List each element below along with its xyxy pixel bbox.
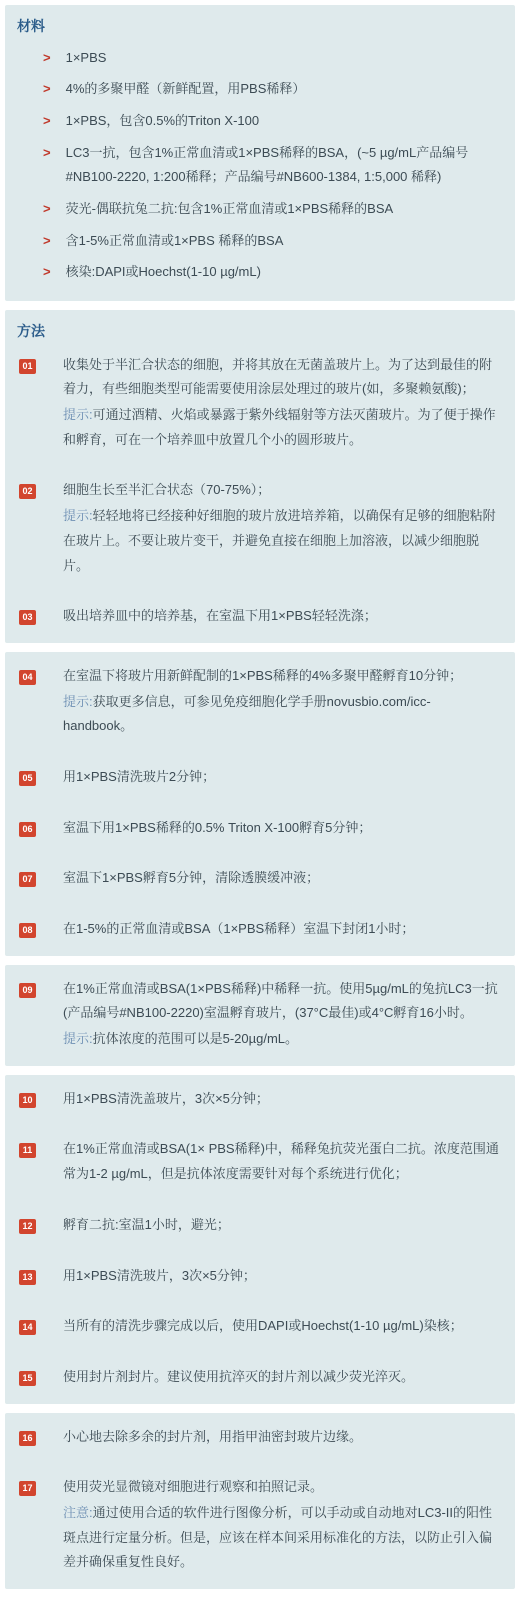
step-number-badge: 03 (19, 610, 36, 625)
chevron-right-icon: > (43, 141, 51, 166)
method-step-01: 01 收集处于半汇合状态的细胞，并将其放在无菌盖玻片上。为了达到最佳的附着力，有… (17, 353, 501, 453)
method-step-02: 02 细胞生长至半汇合状态（70-75%）； 提示:轻轻地将已经接种好细胞的玻片… (17, 478, 501, 578)
material-text: 荧光-偶联抗兔二抗:包含1%正常血清或1×PBS稀释的BSA (66, 197, 501, 222)
material-text: 核染:DAPI或Hoechst(1-10 µg/mL) (66, 260, 501, 285)
step-text: 使用荧光显微镜对细胞进行观察和拍照记录。 (63, 1475, 501, 1500)
list-item: > 核染:DAPI或Hoechst(1-10 µg/mL) (17, 260, 501, 285)
step-number-badge: 06 (19, 822, 36, 837)
list-item: > LC3一抗，包含1%正常血清或1×PBS稀释的BSA，(~5 µg/mL产品… (17, 141, 501, 190)
step-text: 用1×PBS清洗盖玻片，3次×5分钟； (63, 1087, 501, 1112)
methods-section-continued: 16 小心地去除多余的封片剂，用指甲油密封玻片边缘。 17 使用荧光显微镜对细胞… (5, 1413, 515, 1589)
step-text: 收集处于半汇合状态的细胞，并将其放在无菌盖玻片上。为了达到最佳的附着力，有些细胞… (63, 353, 501, 402)
method-step-16: 16 小心地去除多余的封片剂，用指甲油密封玻片边缘。 (17, 1425, 501, 1450)
step-text: 在1%正常血清或BSA(1× PBS稀释)中，稀释兔抗荧光蛋白二抗。浓度范围通常… (63, 1137, 501, 1186)
method-step-09: 09 在1%正常血清或BSA(1×PBS稀释)中稀释一抗。使用5µg/mL的兔抗… (17, 977, 501, 1052)
step-text: 用1×PBS清洗玻片2分钟； (63, 765, 501, 790)
material-text: LC3一抗，包含1%正常血清或1×PBS稀释的BSA，(~5 µg/mL产品编号… (66, 141, 501, 190)
step-number-badge: 14 (19, 1320, 36, 1335)
step-number-badge: 15 (19, 1371, 36, 1386)
tip-label: 提示: (63, 1031, 93, 1046)
chevron-right-icon: > (43, 46, 51, 71)
list-item: > 1×PBS，包含0.5%的Triton X-100 (17, 109, 501, 134)
method-step-03: 03 吸出培养皿中的培养基，在室温下用1×PBS轻轻洗涤； (17, 604, 501, 629)
chevron-right-icon: > (43, 77, 51, 102)
step-tip: 提示:轻轻地将已经接种好细胞的玻片放进培养箱，以确保有足够的细胞粘附在玻片上。不… (63, 504, 501, 578)
methods-section-continued: 09 在1%正常血清或BSA(1×PBS稀释)中稀释一抗。使用5µg/mL的兔抗… (5, 965, 515, 1066)
step-number-badge: 02 (19, 484, 36, 499)
step-text: 使用封片剂封片。建议使用抗淬灭的封片剂以减少荧光淬灭。 (63, 1365, 501, 1390)
step-number-badge: 16 (19, 1431, 36, 1446)
methods-section: 方法 01 收集处于半汇合状态的细胞，并将其放在无菌盖玻片上。为了达到最佳的附着… (5, 310, 515, 643)
step-number-badge: 17 (19, 1481, 36, 1496)
method-step-13: 13 用1×PBS清洗玻片，3次×5分钟； (17, 1264, 501, 1289)
step-number-badge: 04 (19, 670, 36, 685)
step-tip: 提示:抗体浓度的范围可以是5-20µg/mL。 (63, 1027, 501, 1052)
method-step-08: 08 在1-5%的正常血清或BSA（1×PBS稀释）室温下封闭1小时； (17, 917, 501, 942)
step-text: 小心地去除多余的封片剂，用指甲油密封玻片边缘。 (63, 1425, 501, 1450)
step-text: 室温下用1×PBS稀释的0.5% Triton X-100孵育5分钟； (63, 816, 501, 841)
methods-section-continued: 10 用1×PBS清洗盖玻片，3次×5分钟； 11 在1%正常血清或BSA(1×… (5, 1075, 515, 1404)
material-text: 4%的多聚甲醛（新鲜配置，用PBS稀释） (66, 77, 501, 102)
step-text: 吸出培养皿中的培养基，在室温下用1×PBS轻轻洗涤； (63, 604, 501, 629)
step-number-badge: 12 (19, 1219, 36, 1234)
step-number-badge: 07 (19, 872, 36, 887)
tip-text: 轻轻地将已经接种好细胞的玻片放进培养箱，以确保有足够的细胞粘附在玻片上。不要让玻… (63, 508, 496, 572)
step-tip: 提示:获取更多信息，可参见免疫细胞化学手册novusbio.com/icc- h… (63, 690, 501, 739)
method-step-15: 15 使用封片剂封片。建议使用抗淬灭的封片剂以减少荧光淬灭。 (17, 1365, 501, 1390)
chevron-right-icon: > (43, 229, 51, 254)
step-number-badge: 05 (19, 771, 36, 786)
list-item: > 1×PBS (17, 46, 501, 71)
step-text: 室温下1×PBS孵育5分钟，清除透膜缓冲液； (63, 866, 501, 891)
step-number-badge: 10 (19, 1093, 36, 1108)
step-text: 在室温下将玻片用新鲜配制的1×PBS稀释的4%多聚甲醛孵育10分钟； (63, 664, 501, 689)
list-item: > 4%的多聚甲醛（新鲜配置，用PBS稀释） (17, 77, 501, 102)
step-tip: 提示:可通过酒精、火焰或暴露于紫外线辐射等方法灭菌玻片。为了便于操作和孵育，可在… (63, 403, 501, 452)
method-step-17: 17 使用荧光显微镜对细胞进行观察和拍照记录。 注意:通过使用合适的软件进行图像… (17, 1475, 501, 1575)
list-item: > 含1-5%正常血清或1×PBS 稀释的BSA (17, 229, 501, 254)
step-number-badge: 09 (19, 983, 36, 998)
step-number-badge: 11 (19, 1143, 36, 1158)
chevron-right-icon: > (43, 109, 51, 134)
step-text: 用1×PBS清洗玻片，3次×5分钟； (63, 1264, 501, 1289)
methods-section-continued: 04 在室温下将玻片用新鲜配制的1×PBS稀释的4%多聚甲醛孵育10分钟； 提示… (5, 652, 515, 956)
note-text: 通过使用合适的软件进行图像分析，可以手动或自动地对LC3-II的阳性斑点进行定量… (63, 1505, 492, 1569)
tip-label: 提示: (63, 508, 93, 523)
tip-text: 可通过酒精、火焰或暴露于紫外线辐射等方法灭菌玻片。为了便于操作和孵育，可在一个培… (63, 407, 496, 447)
chevron-right-icon: > (43, 197, 51, 222)
material-text: 含1-5%正常血清或1×PBS 稀释的BSA (66, 229, 501, 254)
method-step-06: 06 室温下用1×PBS稀释的0.5% Triton X-100孵育5分钟； (17, 816, 501, 841)
step-text: 细胞生长至半汇合状态（70-75%）； (63, 478, 501, 503)
step-text: 在1-5%的正常血清或BSA（1×PBS稀释）室温下封闭1小时； (63, 917, 501, 942)
step-text: 在1%正常血清或BSA(1×PBS稀释)中稀释一抗。使用5µg/mL的兔抗LC3… (63, 977, 501, 1026)
method-step-14: 14 当所有的清洗步骤完成以后，使用DAPI或Hoechst(1-10 µg/m… (17, 1314, 501, 1339)
method-step-04: 04 在室温下将玻片用新鲜配制的1×PBS稀释的4%多聚甲醛孵育10分钟； 提示… (17, 664, 501, 739)
tip-text: 获取更多信息，可参见免疫细胞化学手册novusbio.com/icc- hand… (63, 694, 431, 734)
materials-title: 材料 (17, 13, 501, 40)
chevron-right-icon: > (43, 260, 51, 285)
tip-label: 提示: (63, 694, 93, 709)
tip-label: 提示: (63, 407, 93, 422)
step-number-badge: 08 (19, 923, 36, 938)
materials-section: 材料 > 1×PBS > 4%的多聚甲醛（新鲜配置，用PBS稀释） > 1×PB… (5, 5, 515, 301)
step-text: 当所有的清洗步骤完成以后，使用DAPI或Hoechst(1-10 µg/mL)染… (63, 1314, 501, 1339)
material-text: 1×PBS (66, 46, 501, 71)
note-label: 注意: (63, 1505, 93, 1520)
tip-text: 抗体浓度的范围可以是5-20µg/mL。 (93, 1031, 298, 1046)
step-number-badge: 13 (19, 1270, 36, 1285)
method-step-07: 07 室温下1×PBS孵育5分钟，清除透膜缓冲液； (17, 866, 501, 891)
step-text: 孵育二抗:室温1小时，避光； (63, 1213, 501, 1238)
method-step-11: 11 在1%正常血清或BSA(1× PBS稀释)中，稀释兔抗荧光蛋白二抗。浓度范… (17, 1137, 501, 1186)
step-number-badge: 01 (19, 359, 36, 374)
step-note: 注意:通过使用合适的软件进行图像分析，可以手动或自动地对LC3-II的阳性斑点进… (63, 1501, 501, 1575)
list-item: > 荧光-偶联抗兔二抗:包含1%正常血清或1×PBS稀释的BSA (17, 197, 501, 222)
method-step-12: 12 孵育二抗:室温1小时，避光； (17, 1213, 501, 1238)
methods-title: 方法 (17, 318, 501, 345)
material-text: 1×PBS，包含0.5%的Triton X-100 (66, 109, 501, 134)
method-step-05: 05 用1×PBS清洗玻片2分钟； (17, 765, 501, 790)
method-step-10: 10 用1×PBS清洗盖玻片，3次×5分钟； (17, 1087, 501, 1112)
